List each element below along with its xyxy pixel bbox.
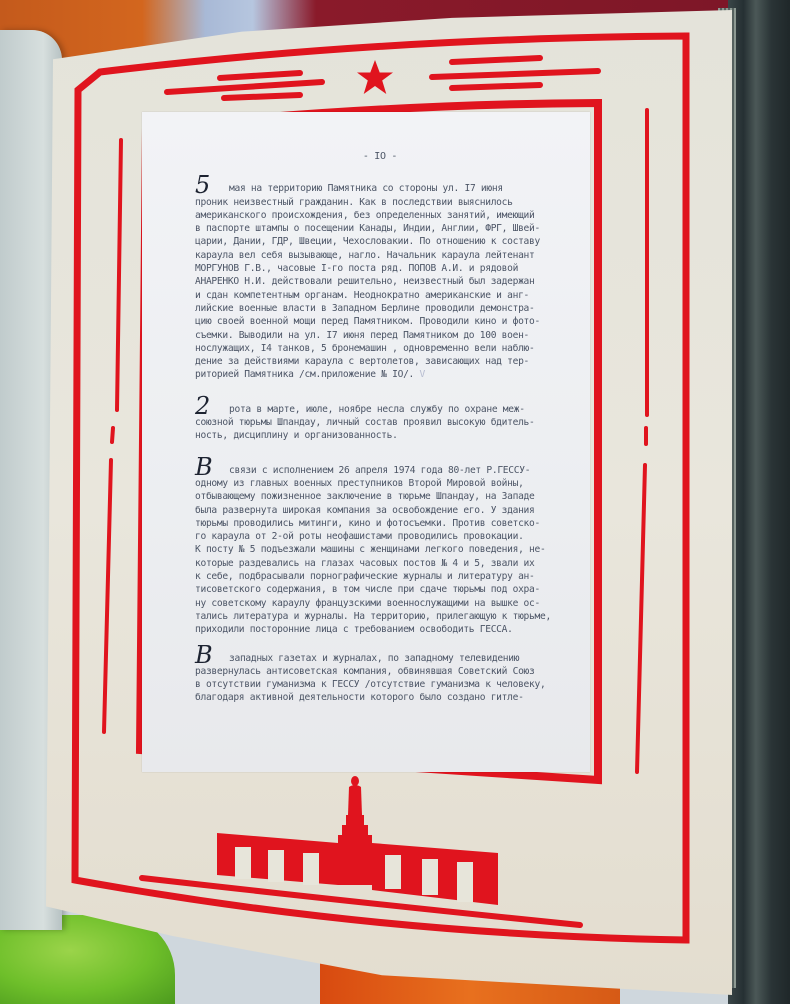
text-line: союзной тюрьмы Шпандау, личный состав пр…: [195, 416, 565, 429]
text-line: цию своей военной мощи перед Памятником.…: [195, 315, 565, 328]
margin-check-mark: V: [420, 369, 425, 380]
text-line: американского происхождения, без определ…: [195, 209, 565, 222]
paragraph-2: 2рота в марте, июле, ноябре несла службу…: [195, 398, 565, 443]
text-line: Взападных газетах и журналах, по западно…: [195, 647, 565, 665]
text-line: благодаря активной деятельности которого…: [195, 691, 565, 704]
text-line: в паспорте штампы о посещении Канады, Ин…: [195, 222, 565, 235]
text-line: приходили посторонние лица с требованием…: [195, 623, 565, 636]
text-line: съемки. Выводили на ул. I7 июня перед Па…: [195, 329, 565, 342]
text-line: которые раздевались на глазах часовых по…: [195, 557, 565, 570]
text-line: царии, Дании, ГДР, Швеции, Чехословакии.…: [195, 235, 565, 248]
drop-initial: В: [195, 459, 229, 475]
text-line: ну советскому караулу французскими военн…: [195, 597, 565, 610]
soviet-war-memorial-icon: [210, 775, 510, 905]
text-line: и сдан компетентным органам. Неоднократн…: [195, 289, 565, 302]
text-line: риторией Памятника /см.приложение № IO/.…: [195, 368, 565, 381]
text-line: тались литература и журналы. На территор…: [195, 610, 565, 623]
drop-initial: 5: [195, 177, 229, 193]
text-line: отбывающему пожизненное заключение в тюр…: [195, 490, 565, 503]
text-line: тисоветского содержания, в том числе при…: [195, 583, 565, 596]
photo-scene: - IO - 5мая на территорию Памятника со с…: [0, 0, 790, 1004]
text-line: одному из главных военных преступников В…: [195, 477, 565, 490]
text-line: ность, дисциплину и организованность.: [195, 429, 565, 442]
text-line: лийские военные власти в Западном Берлин…: [195, 302, 565, 315]
text-line: 5мая на территорию Памятника со стороны …: [195, 177, 565, 195]
text-line: в отсутствии гуманизма к ГЕССУ /отсутств…: [195, 678, 565, 691]
text-line: АНАРЕНКО Н.И. действовали решительно, не…: [195, 275, 565, 288]
drop-initial: 2: [195, 398, 229, 414]
text-line: тюрьмы проводились митинги, кино и фотос…: [195, 517, 565, 530]
text-line: К посту № 5 подъезжали машины с женщинам…: [195, 543, 565, 556]
text-line: к себе, подбрасывали порнографические жу…: [195, 570, 565, 583]
drop-initial: В: [195, 647, 229, 663]
red-star-icon: [355, 58, 395, 98]
paragraph-3: Всвязи с исполнением 26 апреля 1974 года…: [195, 459, 565, 637]
text-line: Всвязи с исполнением 26 апреля 1974 года…: [195, 459, 565, 477]
text-line: проник неизвестный гражданин. Как в посл…: [195, 196, 565, 209]
text-line: 2рота в марте, июле, ноябре несла службу…: [195, 398, 565, 416]
text-line: была развернута широкая компания за осво…: [195, 504, 565, 517]
page-number: - IO -: [195, 150, 565, 163]
text-line: го караула от 2-ой роты неофашистами про…: [195, 530, 565, 543]
text-line: развернулась антисоветская компания, обв…: [195, 665, 565, 678]
typed-text: - IO - 5мая на территорию Памятника со с…: [195, 150, 565, 715]
text-line: караула вел себя вызывающе, нагло. Начал…: [195, 249, 565, 262]
paragraph-4: Взападных газетах и журналах, по западно…: [195, 647, 565, 705]
text-line: дение за действиями караула с вертолетов…: [195, 355, 565, 368]
paragraph-1: 5мая на территорию Памятника со стороны …: [195, 177, 565, 381]
text-line: МОРГУНОВ Г.В., часовые I-го поста ряд. П…: [195, 262, 565, 275]
text-line: нослужащих, I4 танков, 5 бронемашин , од…: [195, 342, 565, 355]
